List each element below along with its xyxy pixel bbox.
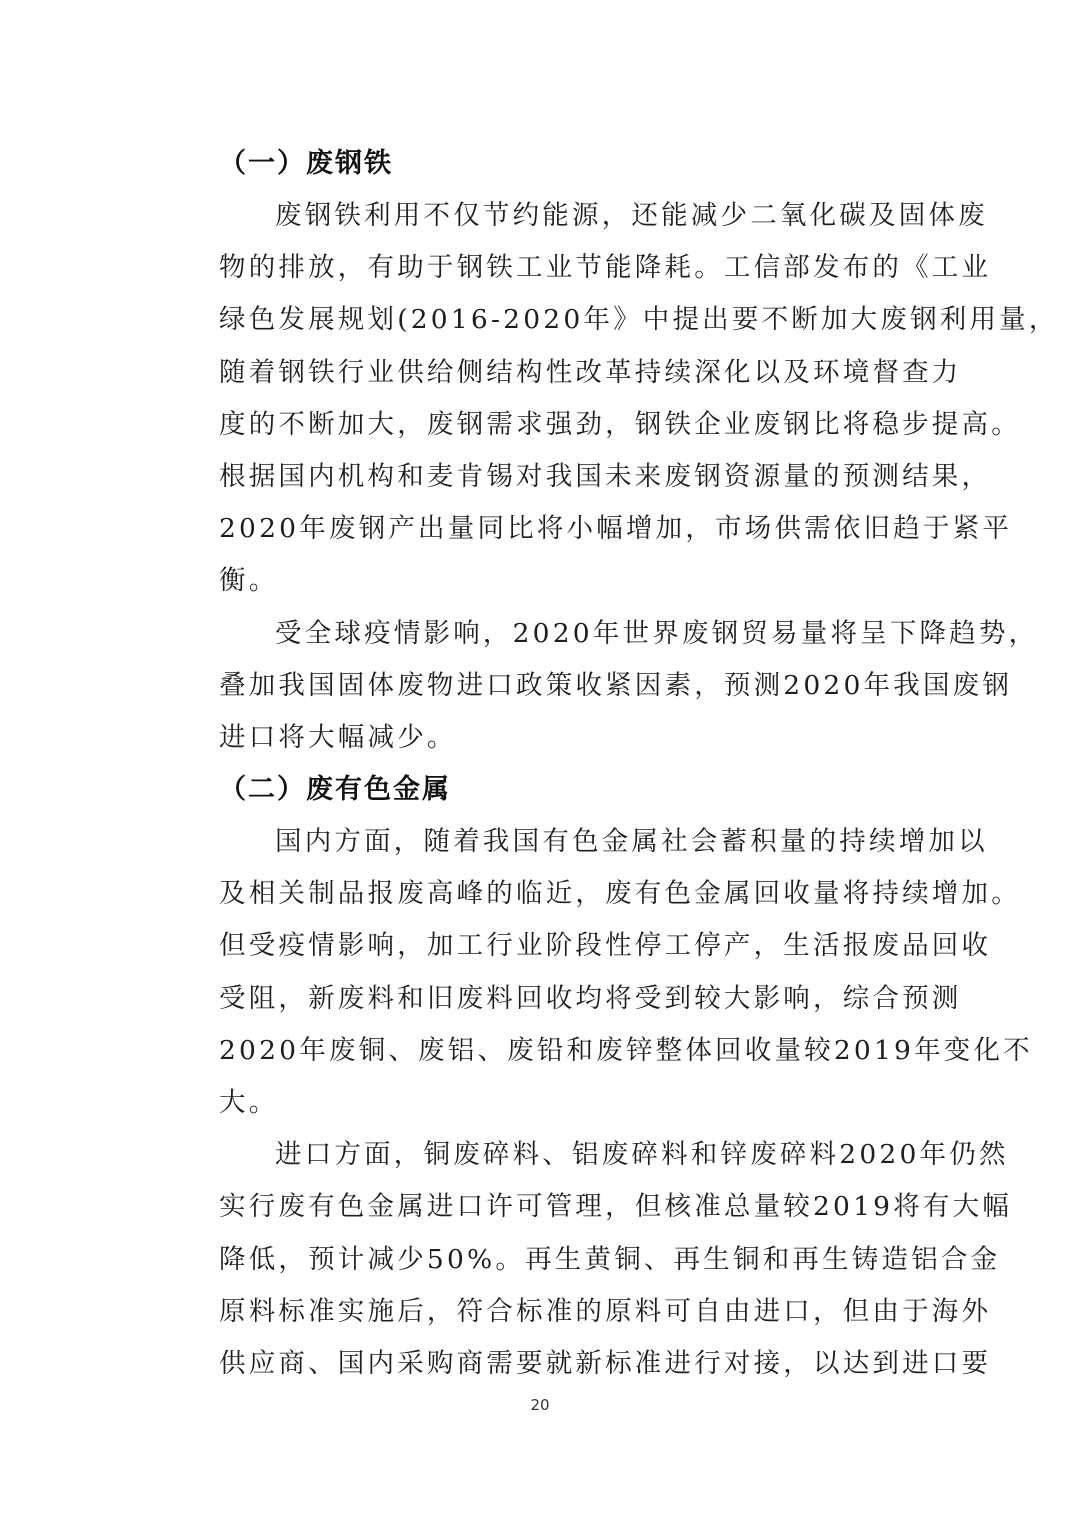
text-line: 受全球疫情影响，2020年世界废钢贸易量将呈下降趋势， (165, 608, 917, 660)
text-line: 衡。 (165, 555, 917, 607)
text-line: 供应商、国内采购商需要就新标准进行对接，以达到进口要 (165, 1338, 917, 1390)
text-line: 2020年废钢产出量同比将小幅增加，市场供需依旧趋于紧平 (165, 503, 917, 555)
paragraph-scrap-steel-imports: 受全球疫情影响，2020年世界废钢贸易量将呈下降趋势， 叠加我国固体废物进口政策… (165, 608, 917, 765)
text-line: 受阻，新废料和旧废料回收均将受到较大影响，综合预测 (165, 973, 917, 1025)
text-line: 叠加我国固体废物进口政策收紧因素，预测2020年我国废钢 (165, 660, 917, 712)
text-line: 进口方面，铜废碎料、铝废碎料和锌废碎料2020年仍然 (165, 1129, 917, 1181)
section-heading-scrap-steel: （一）废钢铁 (165, 138, 917, 190)
text-line: 降低，预计减少50%。再生黄铜、再生铜和再生铸造铝合金 (165, 1234, 917, 1286)
text-line: 根据国内机构和麦肯锡对我国未来废钢资源量的预测结果， (165, 451, 917, 503)
text-line: 原料标准实施后，符合标准的原料可自由进口，但由于海外 (165, 1286, 917, 1338)
text-line: 废钢铁利用不仅节约能源，还能减少二氧化碳及固体废 (165, 190, 917, 242)
text-line: 2020年废铜、废铝、废铅和废锌整体回收量较2019年变化不 (165, 1025, 917, 1077)
page-number: 20 (0, 1396, 1080, 1414)
text-line: 物的排放，有助于钢铁工业节能降耗。工信部发布的《工业 (165, 242, 917, 294)
paragraph-scrap-steel-overview: 废钢铁利用不仅节约能源，还能减少二氧化碳及固体废 物的排放，有助于钢铁工业节能降… (165, 190, 917, 608)
text-line: 大。 (165, 1077, 917, 1129)
page-content: （一）废钢铁 废钢铁利用不仅节约能源，还能减少二氧化碳及固体废 物的排放，有助于… (165, 138, 917, 1390)
document-page: （一）废钢铁 废钢铁利用不仅节约能源，还能减少二氧化碳及固体废 物的排放，有助于… (0, 0, 1080, 1527)
text-line: 绿色发展规划(2016-2020年》中提出要不断加大废钢利用量， (165, 294, 917, 346)
text-line: 及相关制品报废高峰的临近，废有色金属回收量将持续增加。 (165, 868, 917, 920)
text-line: 实行废有色金属进口许可管理，但核准总量较2019将有大幅 (165, 1181, 917, 1233)
paragraph-nonferrous-domestic: 国内方面，随着我国有色金属社会蓄积量的持续增加以 及相关制品报废高峰的临近，废有… (165, 816, 917, 1129)
text-line: 但受疫情影响，加工行业阶段性停工停产，生活报废品回收 (165, 920, 917, 972)
paragraph-nonferrous-imports: 进口方面，铜废碎料、铝废碎料和锌废碎料2020年仍然 实行废有色金属进口许可管理… (165, 1129, 917, 1390)
text-line: 国内方面，随着我国有色金属社会蓄积量的持续增加以 (165, 816, 917, 868)
text-line: 随着钢铁行业供给侧结构性改革持续深化以及环境督查力 (165, 347, 917, 399)
text-line: 进口将大幅减少。 (165, 712, 917, 764)
text-line: 度的不断加大，废钢需求强劲，钢铁企业废钢比将稳步提高。 (165, 399, 917, 451)
section-heading-nonferrous-scrap: （二）废有色金属 (165, 764, 917, 816)
